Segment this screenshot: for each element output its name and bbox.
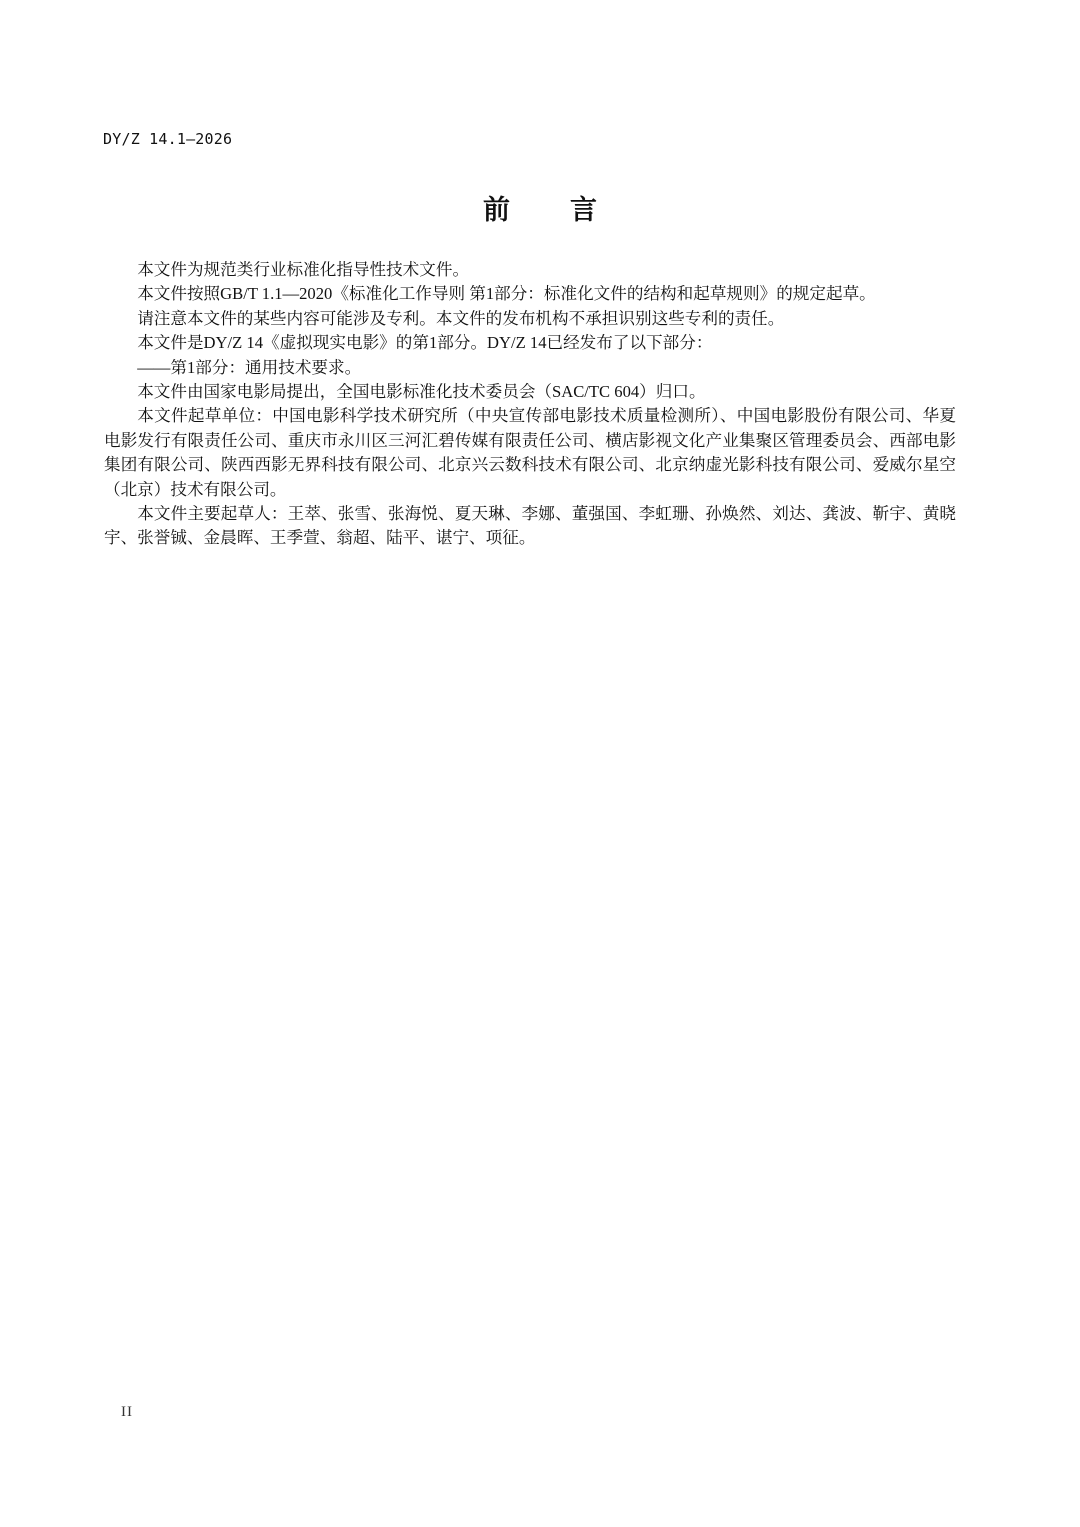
paragraph-patent-notice: 请注意本文件的某些内容可能涉及专利。本文件的发布机构不承担识别这些专利的责任。	[104, 307, 956, 331]
paragraph-drafting-rules: 本文件按照GB/T 1.1—2020《标准化工作导则 第1部分：标准化文件的结构…	[104, 282, 956, 306]
paragraph-drafting-units: 本文件起草单位：中国电影科学技术研究所（中央宣传部电影技术质量检测所）、中国电影…	[104, 404, 956, 502]
paragraph-published-parts: ——第1部分：通用技术要求。	[104, 356, 956, 380]
page-number: II	[121, 1404, 133, 1421]
page-title: 前言	[0, 188, 1080, 227]
title-char-1: 前	[483, 188, 510, 227]
paragraph-drafters: 本文件主要起草人：王萃、张雪、张海悦、夏天琳、李娜、董强国、李虹珊、孙焕然、刘达…	[104, 502, 956, 551]
paragraph-document-type: 本文件为规范类行业标准化指导性技术文件。	[104, 258, 956, 282]
foreword-body: 本文件为规范类行业标准化指导性技术文件。 本文件按照GB/T 1.1—2020《…	[104, 258, 956, 551]
document-code: DY/Z 14.1—2026	[103, 130, 232, 148]
title-char-2: 言	[570, 188, 597, 227]
paragraph-proposer: 本文件由国家电影局提出，全国电影标准化技术委员会（SAC/TC 604）归口。	[104, 380, 956, 404]
paragraph-series-part: 本文件是DY/Z 14《虚拟现实电影》的第1部分。DY/Z 14已经发布了以下部…	[104, 331, 956, 355]
